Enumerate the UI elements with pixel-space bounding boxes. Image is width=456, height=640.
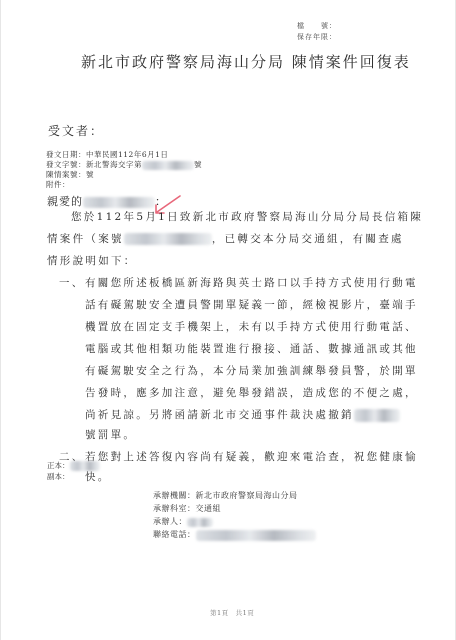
item-1-line-7: 尚祈見諒。另將函請新北市交通事件裁決處撤銷 [85, 404, 400, 426]
contact-agency: 承辦機關：新北市政府警察局海山分局 [153, 489, 298, 502]
intro-line-2-a: 情案件（案號 [47, 233, 124, 245]
issue-date: 發文日期：中華民國112年6月1日 [46, 150, 168, 160]
item-1-line-3: 機置放在固定支手機架上，未有以手持方式使用行動電話、 [85, 316, 418, 338]
document-page: 檔 號： 保存年限： 新北市政府警察局海山分局 陳情案件回復表 受文者： 發文日… [0, 0, 456, 640]
intro-line-3: 情形說明如下： [47, 250, 137, 272]
issue-number-text: 發文字號：新北警海交字第 [46, 160, 142, 169]
contact-phone-label: 聯絡電話： [153, 530, 196, 539]
contact-division: 承辦科室：交通組 [153, 502, 221, 515]
item-2-line-1: 若您對上述答復內容尚有疑義，歡迎來電洽查，祝您健康愉 [85, 446, 418, 468]
issue-number-suffix: 號 [194, 160, 202, 169]
original-recipient: 正本： [47, 461, 100, 471]
intro-line-2: 情案件（案號，已轉交本分局交通組，有關查處 [47, 228, 404, 250]
page-indicator: 第1頁 共1頁 [210, 608, 254, 617]
item-1-marker: 一、 [59, 272, 85, 294]
attachment-label: 附件： [46, 180, 70, 190]
item-1-line-2: 話有礙駕駛安全遭員警開單疑義一節，經檢視影片，臺端手 [85, 294, 418, 316]
case-number: 陳情案號：號 [46, 170, 94, 180]
document-title: 新北市政府警察局海山分局 陳情案件回復表 [81, 51, 411, 72]
redacted-issue-number [142, 161, 194, 170]
item-1-line-4: 電腦或其他相類功能裝置進行撥接、通話、數據通訊或其他 [85, 338, 418, 360]
redacted-case-number [124, 233, 212, 245]
redacted-officer-name [187, 518, 213, 527]
intro-line-2-b: ，已轉交本分局交通組，有關查處 [212, 233, 404, 245]
redacted-phone-number [196, 530, 316, 541]
item-1-line-6: 告發時，應多加注意，避免舉發錯誤，造成您的不便之處， [85, 382, 418, 404]
copy-recipient: 副本： [47, 472, 70, 482]
item-1-line-1: 有關您所述板橋區新海路與英士路口以手持方式使用行動電 [85, 272, 418, 294]
item-1-line-5: 有礙駕駛安全之行為，本分局業加強訓練舉發員警，於開單 [85, 360, 418, 382]
original-label: 正本： [47, 461, 70, 470]
contact-phone: 聯絡電話： [153, 528, 316, 541]
item-1-line-8: 號罰單。 [85, 424, 136, 446]
redacted-ticket-number [354, 409, 400, 422]
contact-officer: 承辦人： [153, 515, 213, 528]
issue-number: 發文字號：新北警海交字第號 [46, 160, 202, 170]
item-1-line-7-text: 尚祈見諒。另將函請新北市交通事件裁決處撤銷 [85, 409, 354, 421]
contact-officer-label: 承辦人： [153, 517, 187, 526]
retention-label: 保存年限： [297, 32, 337, 43]
intro-line-1: 您於112年5月1日致新北市政府警察局海山分局分局長信箱陳 [71, 206, 423, 228]
redacted-original-recipient [70, 461, 100, 471]
recipient-label: 受文者： [48, 122, 104, 139]
archive-no-label: 檔 號： [297, 21, 337, 32]
